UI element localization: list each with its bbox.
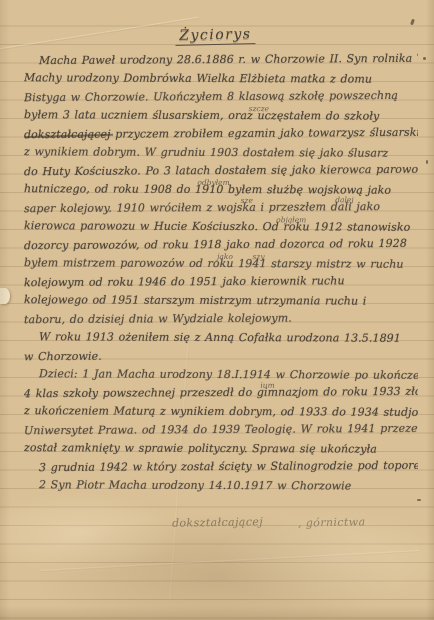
handwritten-line: dokształcającej przyczem zrobiłem egzami… [24, 124, 418, 145]
handwritten-line: byłem 3 lata uczniem ślusarskiem, oraz u… [24, 106, 418, 126]
interline-correction: ium [260, 377, 274, 396]
ink-speck [423, 57, 426, 60]
document-title: Życiorys [175, 26, 256, 46]
handwritten-line: z wynikiem dobrym. W grudniu 1903 dostał… [24, 143, 418, 163]
interline-correction: objąłem [276, 211, 306, 230]
ink-speck [426, 160, 428, 164]
handwritten-line: z ukończeniem Maturą z wynikiem dobrym, … [24, 402, 418, 422]
ink-speck [417, 499, 421, 501]
interline-correction: jako [217, 247, 233, 266]
handwritten-line: W roku 1913 ożeniłem się z Anną Cofałka … [24, 328, 418, 348]
document-page: Życiorys Macha Paweł urodzony 28.6.1886 … [0, 0, 434, 620]
paper-crease [0, 17, 199, 53]
ink-speck [410, 19, 415, 26]
handwritten-line: hutniczego, od roku 1908 do 1910 byłem s… [24, 180, 418, 200]
handwritten-line: kolejowym od roku 1946 do 1951 jako kier… [24, 272, 418, 293]
handwritten-line: kierowca parowozu w Hucie Kościuszko. Od… [24, 217, 418, 237]
pencil-notes-row: dokształcającej, górnictwa [0, 516, 434, 536]
handwritten-line: taboru, do dzisiej dnia w Wydziale kolej… [24, 309, 418, 330]
pencil-note: dokształcającej [172, 515, 263, 530]
interline-correction: sze [241, 192, 253, 211]
handwritten-line: byłem mistrzem parowozów od roku 1941 st… [24, 254, 418, 274]
handwritten-line: 3 grudnia 1942 w który został ścięty w S… [24, 457, 418, 478]
paper-crease [40, 550, 420, 572]
interline-correction: odbyłem [197, 173, 229, 192]
handwritten-line: został zamknięty w sprawie polityczny. S… [24, 439, 418, 459]
handwritten-line: 2 Syn Piotr Macha urodzony 14.10.1917 w … [24, 476, 418, 496]
handwritten-lines: Macha Paweł urodzony 28.6.1886 r. w Chor… [24, 51, 418, 499]
handwritten-line: kolejowego od 1951 starszym mistrzym utr… [24, 291, 418, 311]
handwritten-line: Machy urodzony Dombrówka Wielka Elżbieta… [24, 69, 418, 89]
handwritten-line: Dzieci: 1 Jan Macha urodzony 18.I.1914 w… [24, 365, 418, 385]
handwritten-line: w Chorzowie. [24, 346, 418, 367]
interline-correction: dalej [335, 191, 354, 210]
handwritten-line: Macha Paweł urodzony 28.6.1886 r. w Chor… [24, 51, 418, 71]
handwritten-line: Uniwersytet Prawa. od 1934 do 1939 Teolo… [24, 420, 418, 441]
paper-torn-notch [0, 288, 10, 304]
handwritten-line: Bistyga w Chorzowie. Ukończyłem 8 klasow… [24, 87, 418, 108]
interline-correction: szcze [249, 100, 269, 119]
interline-correction: szy [253, 248, 265, 267]
handwritten-line: 4 klas szkoły powszechnej przeszedł do g… [24, 383, 418, 404]
pencil-note: , górnictwa [298, 515, 366, 529]
handwritten-line: saper kolejowy. 1910 wróciłem z wojska i… [24, 198, 418, 219]
